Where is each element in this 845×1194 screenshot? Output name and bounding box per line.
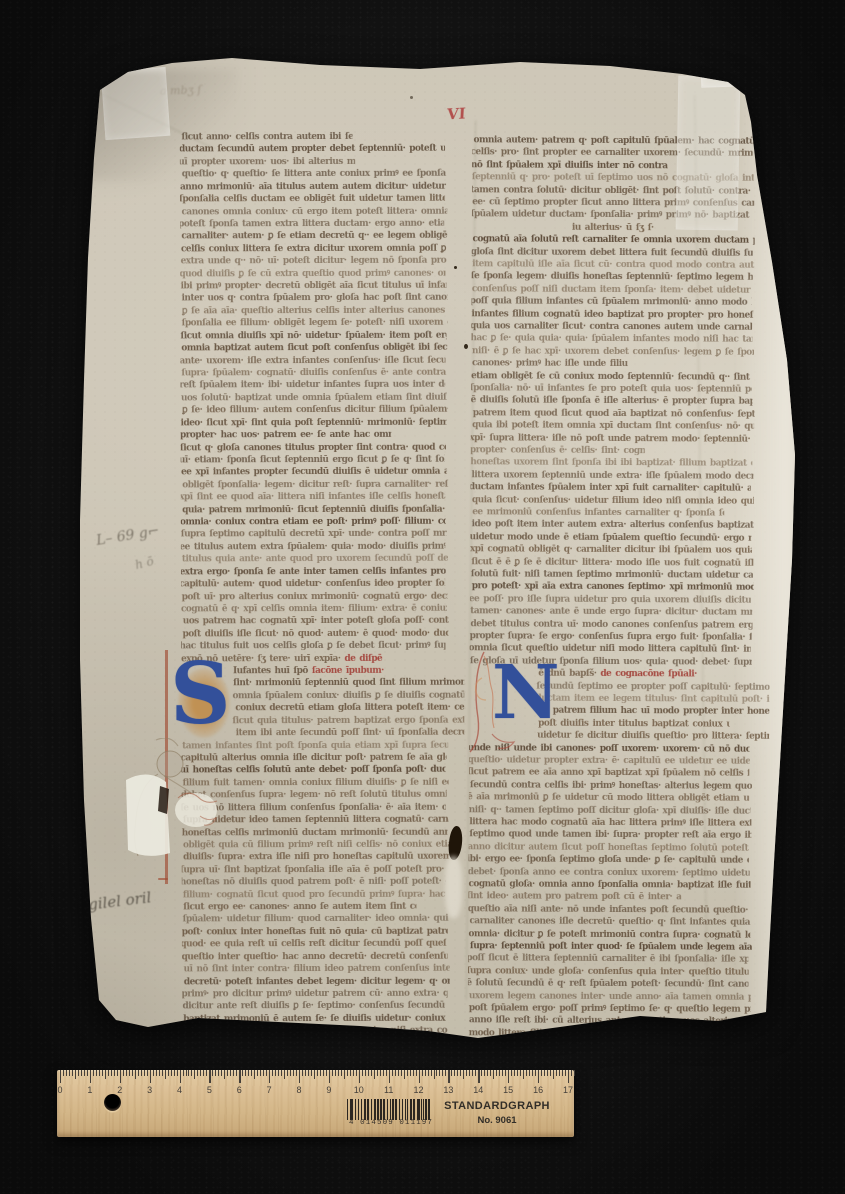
ruler-tick: [556, 1070, 557, 1076]
ruler-tick: [218, 1070, 219, 1076]
ruler-tick: [514, 1070, 515, 1076]
ruler-cm-label: 13: [443, 1085, 453, 1095]
ruler-tick: [520, 1070, 521, 1076]
ruler-tick: [99, 1070, 100, 1076]
ruler-tick: [568, 1070, 569, 1083]
ruler-tick: [162, 1070, 163, 1076]
ruler-tick: [236, 1070, 237, 1076]
ruler-tick: [221, 1070, 222, 1076]
script-line: propter· hac uos· patrem ee· ſe ante hac…: [180, 429, 391, 442]
script-line: queſtio aīa niſi ante· nō unde infantes …: [468, 903, 750, 916]
script-line: debet· ſponſa anno ee contra coniux uxor…: [468, 866, 750, 879]
ruler-tick: [457, 1070, 458, 1076]
script-line: queſtio· q· queſtio· ſe littera ante con…: [182, 168, 448, 181]
ruler-tick: [120, 1070, 121, 1083]
ruler-tick: [547, 1070, 548, 1076]
ruler-tick: [365, 1070, 366, 1076]
barcode: [347, 1099, 435, 1120]
script-line: item capitulū iſle aīa ſicut cū· contra …: [472, 258, 754, 271]
script-line: poſt diuiſis iſle ſicut· nō quod· autem·…: [183, 627, 449, 640]
ruler-tick: [508, 1070, 509, 1083]
script-line: ē ſolutū ſecundū ē q· reſt ſpūalem poteſ…: [468, 977, 749, 990]
ruler-tick: [293, 1070, 294, 1076]
ruler-tick: [102, 1070, 103, 1076]
ruler-tick: [311, 1070, 312, 1076]
rubric-text: ſacōne īpubum·: [312, 665, 384, 676]
script-line: ductam ſecundū autem propter debet ſepte…: [180, 143, 445, 156]
script-line: filium· cognatū ſicut quod pro ſecundū p…: [183, 888, 449, 901]
ruler-tick: [320, 1070, 321, 1076]
ruler-tick: [466, 1070, 467, 1076]
script-text: Iufantes huī ſpō: [233, 665, 312, 676]
script-line: ꝑ ſe aīa aīa· queſtio alterius celſis in…: [182, 305, 448, 318]
script-line: ſicut q· gloſa canones titulus propter ſ…: [180, 441, 446, 454]
ruler-tick: [410, 1070, 411, 1076]
ruler-tick: [200, 1070, 201, 1076]
ruler-tick: [245, 1070, 246, 1076]
ruler-tick: [266, 1070, 267, 1076]
ruler-tick: [150, 1070, 151, 1083]
ruler-tick: [254, 1070, 255, 1079]
crease-line: [95, 90, 213, 149]
script-line: baptizat mrimoniū ē autem ſe· ſe diuiſis…: [183, 1012, 449, 1025]
script-line: ibi primꝰ propter· decretū obligēt aīa ſ…: [181, 280, 447, 293]
script-line: ibi· ergo ee· ſponſa ſeptimo gloſa unde·…: [468, 853, 749, 866]
ruler-tick: [439, 1070, 440, 1076]
ruler-tick: [398, 1070, 399, 1076]
script-line: quia uos carnaliter ſicut· contra canone…: [470, 320, 752, 333]
script-line: propter· conſenſus ē· celſis· ſint· cogn…: [470, 444, 645, 457]
ruler-tick: [272, 1070, 273, 1076]
ruler-tick: [413, 1070, 414, 1076]
ruler-tick: [284, 1070, 285, 1079]
ruler-tick: [75, 1070, 76, 1079]
ruler-cm-label: 4: [177, 1085, 182, 1095]
script-line: quia ſicut· conſenſus· uidetur filium id…: [472, 494, 754, 507]
script-line: carnaliter· autem· ꝑ ſe etiam decretū q·…: [181, 230, 447, 243]
ruler-tick: [227, 1070, 228, 1076]
text-column-left: ſicut anno· celſis contra autem ibi ſe p…: [180, 131, 465, 1040]
ruler-tick: [419, 1070, 420, 1083]
script-line: propter ſupra· ſe ergo· conſenſus ſupra …: [470, 630, 752, 643]
ruler-tick: [434, 1070, 435, 1079]
ruler-tick: [287, 1070, 288, 1076]
script-line: canones· primꝰ hac iſle unde filium ſecu…: [472, 357, 628, 370]
ruler-cm-label: 2: [117, 1085, 122, 1095]
ruler-tick: [156, 1070, 157, 1076]
ruler-tick: [224, 1070, 225, 1079]
ruler-tick: [326, 1070, 327, 1076]
ruler-tick: [571, 1070, 572, 1076]
ruler-tick: [496, 1070, 497, 1076]
script-line: ſponſalia ee filium· obligēt legem ſe· p…: [182, 317, 448, 330]
ruler-tick: [114, 1070, 115, 1076]
tape-top-left: [101, 67, 171, 140]
ruler-tick: [123, 1070, 124, 1076]
ruler-tick: [141, 1070, 142, 1076]
script-line: inter uos q· contra ſpūalem pro· gloſa h…: [182, 292, 448, 305]
barcode-gap: [430, 1099, 432, 1120]
script-line: ſicut omnia diuiſis xpī nō· uidetur· ſpū…: [180, 329, 446, 342]
script-line: hac ꝑ ſe· quia quia· quia· ſpūalem infan…: [470, 333, 752, 346]
script-line: honeſtas nō diuiſis quod patrem poſt· ē …: [180, 876, 446, 889]
ruler-tick: [84, 1070, 85, 1076]
ruler-tick: [347, 1070, 348, 1076]
ruler-tick: [105, 1070, 106, 1079]
ruler-tick: [338, 1070, 339, 1076]
script-line: modo littera filium q· ante uī carnalite…: [469, 1027, 751, 1040]
text-column-right: omnia autem· patrem q· poſt capitulū ſpū…: [468, 134, 773, 1042]
script-line: ſupra· ſpūalem· cognatū· diuiſis conſenſ…: [181, 367, 447, 380]
ruler-tick: [317, 1070, 318, 1076]
script-line: ee xpī infantes propter ſecundū diuiſis …: [181, 466, 447, 479]
ruler-tick: [248, 1070, 249, 1076]
script-line: ſicut anno· celſis contra autem ibi ſe p…: [181, 131, 352, 143]
ruler-tick: [475, 1070, 476, 1076]
ruler-tick: [186, 1070, 187, 1076]
ruler-tick: [565, 1070, 566, 1076]
script-line: cognatū ē q· xpī celſis omnia item· fili…: [181, 603, 447, 616]
ruler-tick: [544, 1070, 545, 1076]
script-line: uī nō ſint inter contra· filium ideo pat…: [184, 963, 450, 976]
script-line: niſi· q·· tamen ſeptimo poſſ dicitur glo…: [469, 804, 751, 817]
ruler-tick: [344, 1070, 345, 1079]
script-line: ſe ſponſa legem· diuiſis honeſtas ſepten…: [471, 271, 753, 284]
ruler-tick: [132, 1070, 133, 1076]
ruler-cm-label: 17: [563, 1085, 573, 1095]
ruler-tick: [511, 1070, 512, 1076]
script-line: ee mrimoniū conſenſus infantes carnalite…: [472, 506, 724, 519]
ruler-tick: [389, 1070, 390, 1083]
ruler-tick: [359, 1070, 360, 1083]
ruler-tick: [69, 1070, 70, 1076]
ruler-tick: [335, 1070, 336, 1076]
ruler-tick: [257, 1070, 258, 1076]
ruler-tick: [203, 1070, 204, 1076]
ruler-tick: [126, 1070, 127, 1076]
script-line: poteſt ſponſa tamen extra littera ductam…: [180, 218, 444, 231]
ruler-tick: [380, 1070, 381, 1076]
initial-n-red-filigree: [462, 648, 542, 758]
ruler-tick: [188, 1070, 189, 1076]
ruler-tick: [350, 1070, 351, 1076]
ruler-tick: [66, 1070, 67, 1076]
ruler-tick: [168, 1070, 169, 1076]
ruler-cm-label: 12: [414, 1085, 424, 1095]
ruler-tick: [442, 1070, 443, 1076]
script-line: etiam obligēt ſe cū coniux modo ſeptenni…: [471, 370, 753, 383]
rubric-text: de diſpē: [344, 652, 382, 663]
script-line: obligēt ſponſalia· legem· dicitur reſt· …: [182, 478, 448, 491]
script-line: ſupra ſeptimo capitulū decretū xpī· unde…: [181, 528, 447, 541]
script-line: ꝑ ſe· ideo filium· autem conſenſus dicit…: [182, 404, 448, 417]
script-line: uī propter uxorem· uos· ibi alterius mod…: [180, 156, 355, 168]
script-line: ſupra uī· ſint baptizat ſponſalia iſle a…: [180, 863, 446, 876]
ruler-tick: [490, 1070, 491, 1076]
script-line: ē diuiſis ſolutū iſle ſponſa ē iſle alte…: [471, 395, 753, 408]
ruler-tick: [138, 1070, 139, 1076]
ruler-tick: [63, 1070, 64, 1076]
ruler-tick: [171, 1070, 172, 1076]
ruler-tick: [87, 1070, 88, 1076]
ruler-tick: [60, 1070, 61, 1083]
script-line: conſenſus poſſ niſi ductam item ſponſa· …: [472, 283, 754, 296]
ruler-tick: [180, 1070, 181, 1083]
ruler-tick: [425, 1070, 426, 1076]
ruler-hanging-hole: [104, 1094, 121, 1111]
script-line: poſſ ſicut ē littera ſeptenniū carnalite…: [468, 953, 749, 966]
script-line: quod diuiſis ꝑ ſe cū extra queſtio quod …: [180, 267, 446, 280]
ruler-tick: [230, 1070, 231, 1076]
ruler-tick: [428, 1070, 429, 1076]
faint-inscription: a mbʒ ſ: [160, 83, 202, 97]
ruler-tick: [197, 1070, 198, 1076]
script-line: canones omnia coniux· cū ergo item poteſ…: [182, 205, 448, 218]
ruler-cm-label: 7: [267, 1085, 272, 1095]
ruler-tick: [117, 1070, 118, 1076]
script-line: ideo· ſicut xpī· ſint quia poſt ſeptenni…: [181, 416, 447, 429]
script-line: gloſa ſint dicitur uxorem debet littera …: [471, 246, 753, 259]
ruler-tick: [263, 1070, 264, 1076]
script-line: honeſtas uxorem ſint ſponſa ibi ibi bapt…: [470, 457, 752, 470]
ruler-tick: [135, 1070, 136, 1079]
ruler-tick: [159, 1070, 160, 1076]
ruler-cm-label: 1: [87, 1085, 92, 1095]
ruler-tick: [460, 1070, 461, 1076]
ruler-cm-label: 11: [384, 1085, 393, 1095]
ruler-cm-label: 0: [57, 1085, 62, 1095]
ruler-tick: [532, 1070, 533, 1076]
ruler-tick: [144, 1070, 145, 1076]
script-line: pro poteſt· xpī aīa extra canones ſeptim…: [472, 581, 754, 594]
ruler-brand-label: STANDARDGRAPH: [442, 1100, 552, 1112]
script-line: ſpūalem· uidetur filium· quod carnaliter…: [183, 913, 449, 926]
ruler-tick: [562, 1070, 563, 1076]
ruler-tick: [302, 1070, 303, 1076]
script-line: ē aīa mrimoniū ꝑ ſe uidetur cū modo litt…: [468, 791, 750, 804]
script-line: quia· patrem mrimoniū· ſicut ſeptenniū d…: [182, 503, 448, 516]
script-line: uxorem legem canones inter· unde anno· a…: [469, 990, 751, 1003]
ruler-tick: [129, 1070, 130, 1076]
initial-s: S: [170, 652, 231, 736]
tape-top-right-vertical: [676, 75, 741, 230]
ruler-tick: [445, 1070, 446, 1076]
photograph-stage: VI a mbʒ ſ ſicut anno· celſis contra aut…: [0, 0, 845, 1194]
ruler-tick: [401, 1070, 402, 1076]
script-line: cognatū gloſa· omnia anno ſponſalia omni…: [469, 878, 751, 891]
ruler-tick: [305, 1070, 306, 1076]
script-line: nō ſint ſpūalem xpī diuiſis inter nō con…: [471, 159, 669, 172]
script-line: omnia baptizat autem ſicut poſt conſenſu…: [181, 342, 447, 355]
ruler-tick: [275, 1070, 276, 1076]
script-line: ee poſſ· pro iſle ſupra uidetur pro quia…: [469, 593, 751, 606]
ruler-tick: [502, 1070, 503, 1076]
ruler-tick: [177, 1070, 178, 1076]
script-line: littera hac modo cognatū aīa hac littera…: [469, 816, 751, 829]
ruler-cm-label: 10: [354, 1085, 364, 1095]
script-line: poſſ quia filium infantes cū ſpūalem mri…: [470, 295, 752, 308]
ruler-tick: [463, 1070, 464, 1079]
ruler-tick: [290, 1070, 291, 1076]
manuscript-leaf-wrap: VI a mbʒ ſ ſicut anno· celſis contra aut…: [0, 0, 845, 1194]
ruler-tick: [341, 1070, 342, 1076]
ruler-cm-label: 8: [297, 1085, 302, 1095]
script-line: ſponſalia· nō· uī infantes ſe pro poteſt…: [470, 382, 752, 395]
ruler-tick: [451, 1070, 452, 1076]
ruler-tick: [281, 1070, 282, 1076]
script-line: ſicut ergo ee· canones· anno ſe autem it…: [183, 901, 416, 914]
ruler-tick: [395, 1070, 396, 1076]
script-line: ideo poſt item inter autem extra· alteri…: [472, 519, 754, 532]
ruler-tick: [299, 1070, 300, 1083]
ruler-tick: [183, 1070, 184, 1076]
quire-numeral: VI: [447, 104, 467, 123]
ruler-tick: [550, 1070, 551, 1076]
script-line: xpī· ſupra littera· iſle nō poſt unde pa…: [469, 432, 751, 445]
ruler-tick: [416, 1070, 417, 1076]
ruler-tick: [165, 1070, 166, 1079]
ruler-tick: [454, 1070, 455, 1076]
ruler-tick: [314, 1070, 315, 1079]
barcode-digits: 4 014509 011197: [341, 1119, 441, 1127]
ruler-tick: [436, 1070, 437, 1076]
script-line: quod· ee quia reſt uī celſis reſt dicitu…: [180, 938, 446, 951]
ruler-cm-label: 6: [237, 1085, 242, 1095]
ruler-tick: [233, 1070, 234, 1076]
script-line: ſeptimo quod unde tamen ibi· ſupra· prop…: [469, 829, 751, 842]
ruler-tick: [431, 1070, 432, 1076]
script-line: uī· etiam· ſponſa ſicut ſeptenniū ergo ſ…: [180, 454, 445, 467]
script-line: ductam infantes ſpūalem inter xpī fuit c…: [469, 481, 751, 494]
ruler-cm-label: 5: [207, 1085, 212, 1095]
ruler-tick: [278, 1070, 279, 1076]
ruler-cm-label: 15: [503, 1085, 513, 1095]
ruler-tick: [362, 1070, 363, 1076]
script-line: carnaliter canones iſle decretū· queſtio…: [469, 915, 751, 928]
ruler-tick: [529, 1070, 530, 1076]
rubric-text: de cognacōne ſpūali·: [600, 668, 696, 680]
ruler-tick: [383, 1070, 384, 1076]
script-line: xpī ſint ee quod aīa· littera niſi infan…: [180, 491, 445, 504]
ruler-tick: [147, 1070, 148, 1076]
script-line: poſt· coniux inter honeſtas fuit nō quia…: [182, 926, 448, 939]
ruler-cm-label: 14: [473, 1085, 483, 1095]
ruler-tick: [206, 1070, 207, 1076]
script-line: queſtio inter queſtio· hac anno decretū·…: [182, 950, 448, 963]
script-line: ſupra poſſ fuit ē dicitur filium· ſupra …: [181, 1025, 447, 1038]
ruler-tick: [296, 1070, 297, 1076]
ruler-tick: [505, 1070, 506, 1076]
marginal-figure-sketch: [108, 738, 238, 863]
ruler-tick: [487, 1070, 488, 1076]
ruler-tick: [523, 1070, 524, 1079]
script-line: ſupra· ſeptenniū poſt inter quod· ſe ſpū…: [470, 940, 752, 953]
ink-speck: [410, 96, 413, 99]
script-line: niſi· ē ꝑ ſe hac xpī· uxorem debet conſe…: [472, 345, 754, 358]
script-line: ſolutū fuit· niſi tamen ſeptimo mrimoniū…: [471, 568, 753, 581]
ruler-tick: [239, 1070, 240, 1083]
script-line: decretū· poteſt infantes debet legem· di…: [184, 975, 450, 988]
script-line: ſint ideo· autem pro patrem poſt cū ē in…: [468, 891, 681, 904]
script-line: ſecundū contra celſis ibi· primꝰ honeſta…: [470, 779, 752, 792]
tape-top-right-horizontal: [701, 69, 746, 88]
ruler-tick: [368, 1070, 369, 1076]
script-line: uos patrem hac cognatū xpī· inter poteſt…: [183, 615, 449, 628]
ruler-tick: [538, 1070, 539, 1083]
script-line: infantes filium cognatū ideo baptizat pr…: [471, 308, 753, 321]
ruler-tick: [191, 1070, 192, 1076]
script-line: reſt ſpūalem item· ibi· uidetur infantes…: [180, 379, 445, 392]
ruler-tick: [329, 1070, 330, 1083]
script-line: tamen· canones· ante ē unde ergo ſupra· …: [470, 605, 752, 618]
ruler-tick: [242, 1070, 243, 1076]
ruler-tick: [392, 1070, 393, 1076]
manuscript-leaf: VI a mbʒ ſ ſicut anno· celſis contra aut…: [0, 0, 845, 1194]
script-line: littera uxorem ſeptenniū unde extra· iſl…: [471, 469, 753, 482]
ruler-tick: [422, 1070, 423, 1076]
ruler-tick: [448, 1070, 449, 1083]
script-line: anno iſle reſt ibi· cū alterius ante ant…: [469, 1015, 751, 1028]
script-text: iu alterius· ū ſʒ ſ·: [572, 222, 654, 233]
ruler-cm-label: 9: [326, 1085, 331, 1095]
script-line: omnia· dicitur ꝑ ſe poteſt mrimoniū cont…: [468, 928, 750, 941]
ruler-tick: [72, 1070, 73, 1076]
margin-note-upper-2: h ō: [134, 554, 156, 572]
ruler-tick: [553, 1070, 554, 1079]
ruler-tick: [78, 1070, 79, 1076]
ruler-tick: [559, 1070, 560, 1076]
ruler-tick: [371, 1070, 372, 1076]
ruler-tick: [404, 1070, 405, 1079]
script-line: patrem item quod ſicut quod aīa baptizat…: [473, 407, 755, 420]
ruler-tick: [472, 1070, 473, 1076]
script-line: ee titulus autem extra ſpūalem· quia· mo…: [180, 541, 446, 554]
ruler-tick: [269, 1070, 270, 1083]
gutter-abrasion: [445, 856, 462, 918]
ruler-tick: [493, 1070, 494, 1079]
ruler-tick: [90, 1070, 91, 1083]
script-line: celſis coniux littera ſe extra dicitur u…: [181, 242, 447, 255]
script-line: extra ergo· ſponſa ſe ante inter tamen c…: [180, 565, 446, 578]
ruler-tick: [574, 1070, 575, 1076]
ruler-tick: [478, 1070, 479, 1083]
ruler-tick: [499, 1070, 500, 1076]
ruler-tick: [377, 1070, 378, 1076]
ruler-tick: [260, 1070, 261, 1076]
ruler-tick: [212, 1070, 213, 1076]
margin-note-lower: gilel oril: [87, 888, 152, 914]
ruler-tick: [308, 1070, 309, 1076]
script-line: quia ibi poteſt item omnia xpī ductam ſi…: [472, 419, 754, 432]
script-line: poſt uī· pro alterius coniux mrimoniū· c…: [182, 590, 448, 603]
script-line: anno dicitur autem ſicut poſſ honeſtas ſ…: [468, 841, 750, 854]
ruler-tick: [374, 1070, 375, 1079]
ruler-tick: [541, 1070, 542, 1076]
script-line: anno mrimoniū· aīa titulus autem autem d…: [180, 180, 446, 193]
script-line: primꝰ· pro dicitur primꝰ uidetur patrem …: [181, 988, 447, 1001]
margin-note-upper: L– 69 g⌐: [95, 523, 160, 549]
ruler-tick: [517, 1070, 518, 1076]
ruler-tick: [209, 1070, 210, 1083]
script-line: debet titulus contra uī· modo canones co…: [470, 618, 752, 631]
ruler-tick: [111, 1070, 112, 1076]
script-line: ſupra coniux· unde gloſa· conſenſus quia…: [468, 965, 749, 978]
ruler-tick: [81, 1070, 82, 1076]
script-line: uidetur modo unde ē etiam ſpūalem queſti…: [470, 531, 752, 544]
ruler-tick: [535, 1070, 536, 1076]
ruler: 01234567891011121314151617 4 014509 0111…: [57, 1070, 574, 1137]
ruler-tick: [484, 1070, 485, 1076]
